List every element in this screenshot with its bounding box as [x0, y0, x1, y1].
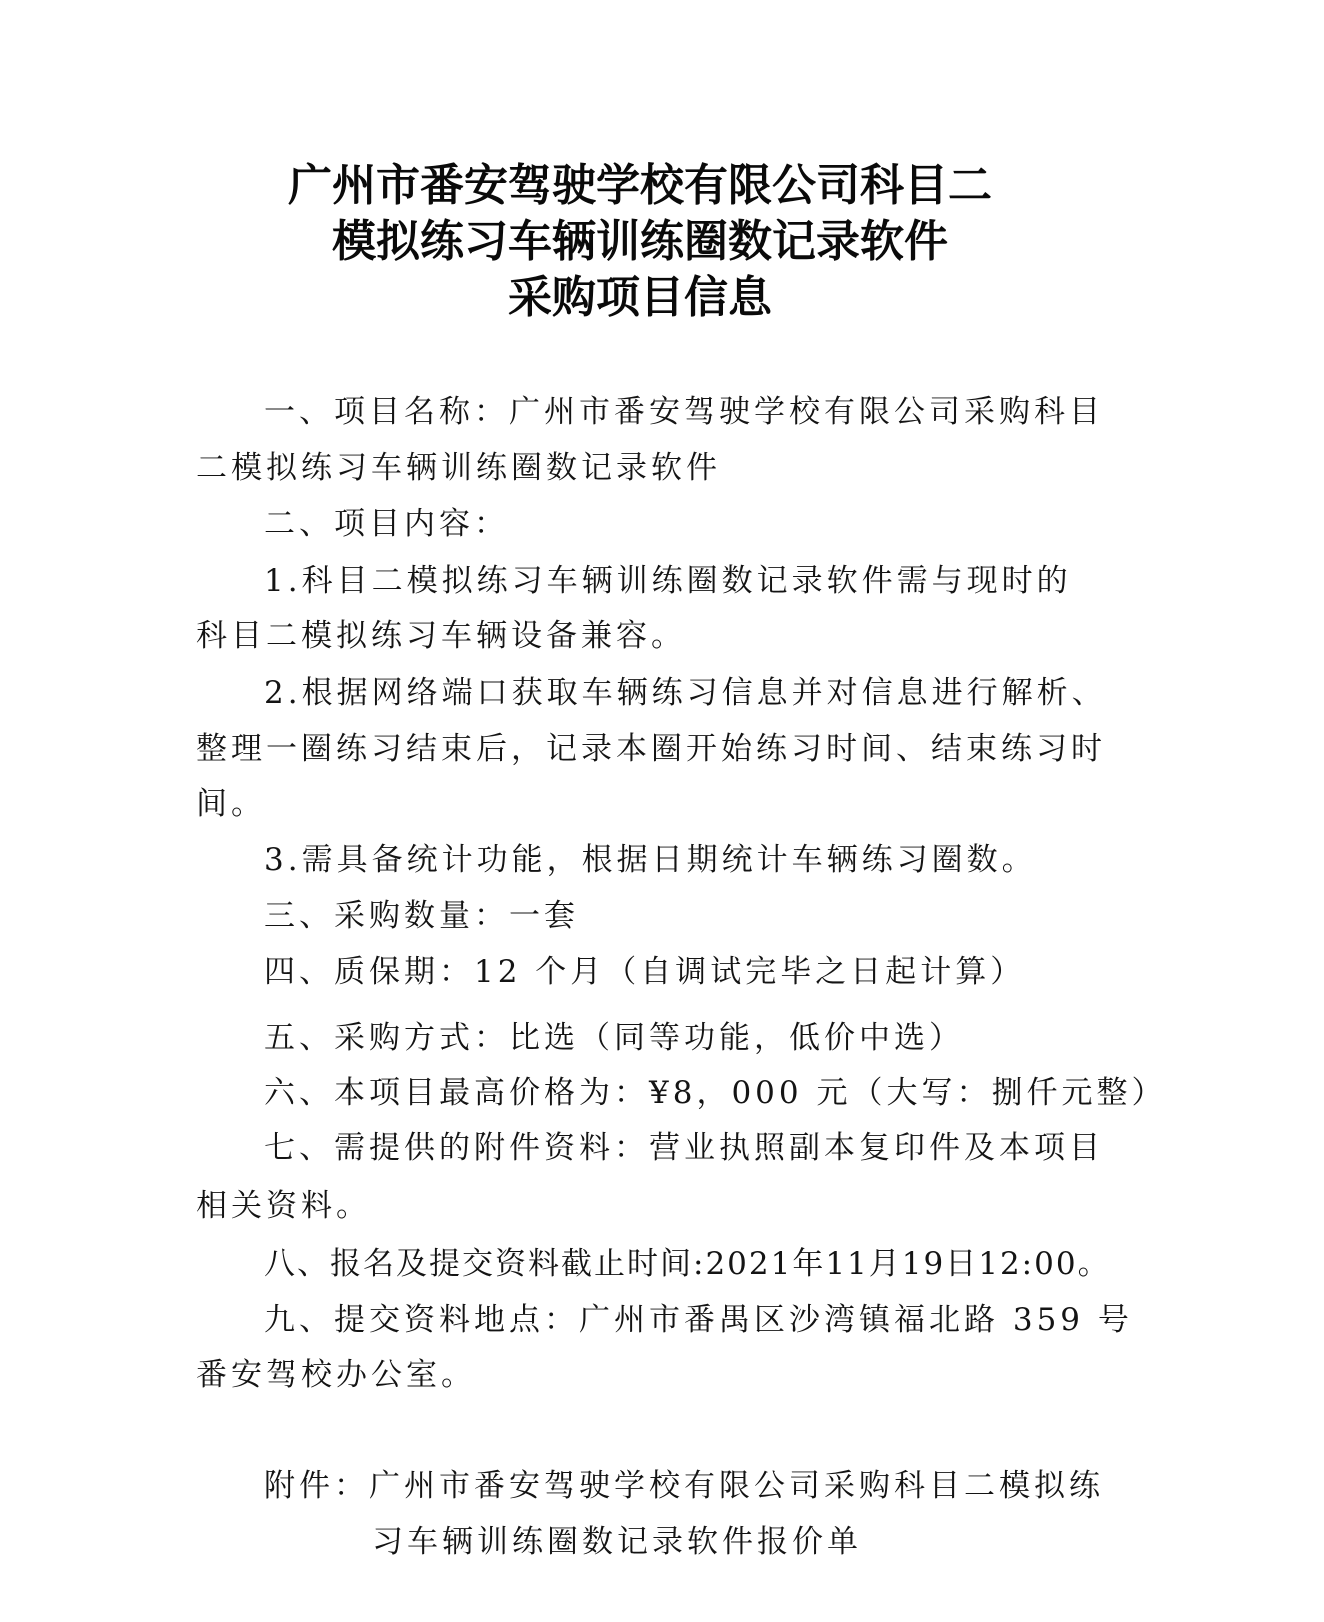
title-line-3: 采购项目信息	[0, 270, 1280, 326]
content-item-2-line-2: 整理一圈练习结束后，记录本圈开始练习时间、结束练习时	[196, 729, 1106, 769]
submission-location-line-2: 番安驾校办公室。	[196, 1355, 476, 1395]
project-content-heading: 二、项目内容：	[264, 504, 509, 544]
title-line-2: 模拟练习车辆训练圈数记录软件	[0, 214, 1280, 270]
content-item-1-line-1: 1.科目二模拟练习车辆训练圈数记录软件需与现时的	[264, 561, 1072, 601]
document-page: 广州市番安驾驶学校有限公司科目二 模拟练习车辆训练圈数记录软件 采购项目信息 一…	[0, 0, 1324, 1622]
section-max-price: 六、本项目最高价格为：¥8，000 元（大写：捌仟元整）	[264, 1073, 1166, 1113]
project-name-line-1: 一、项目名称：广州市番安驾驶学校有限公司采购科目	[264, 392, 1104, 432]
submission-location-line-1: 九、提交资料地点：广州市番禺区沙湾镇福北路 359 号	[264, 1300, 1133, 1340]
section-quantity: 三、采购数量：一套	[264, 896, 579, 936]
section-procurement-method: 五、采购方式：比选（同等功能，低价中选）	[264, 1018, 964, 1058]
title-line-1: 广州市番安驾驶学校有限公司科目二	[0, 158, 1280, 214]
attachments-required-line-2: 相关资料。	[196, 1186, 371, 1226]
section-deadline: 八、报名及提交资料截止时间:2021年11月19日12:00。	[264, 1244, 1111, 1284]
content-item-3-line-1: 3.需具备统计功能，根据日期统计车辆练习圈数。	[264, 840, 1037, 880]
project-name-line-2: 二模拟练习车辆训练圈数记录软件	[196, 448, 721, 488]
content-item-1-line-2: 科目二模拟练习车辆设备兼容。	[196, 616, 686, 656]
content-item-2-line-1: 2.根据网络端口获取车辆练习信息并对信息进行解析、	[264, 673, 1107, 713]
content-item-2-line-3: 间。	[196, 784, 266, 824]
section-warranty: 四、质保期：12 个月（自调试完毕之日起计算）	[264, 952, 1025, 992]
attachments-required-line-1: 七、需提供的附件资料：营业执照副本复印件及本项目	[264, 1128, 1104, 1168]
annex-line-2: 习车辆训练圈数记录软件报价单	[372, 1522, 862, 1562]
annex-line-1: 附件：广州市番安驾驶学校有限公司采购科目二模拟练	[264, 1466, 1104, 1506]
